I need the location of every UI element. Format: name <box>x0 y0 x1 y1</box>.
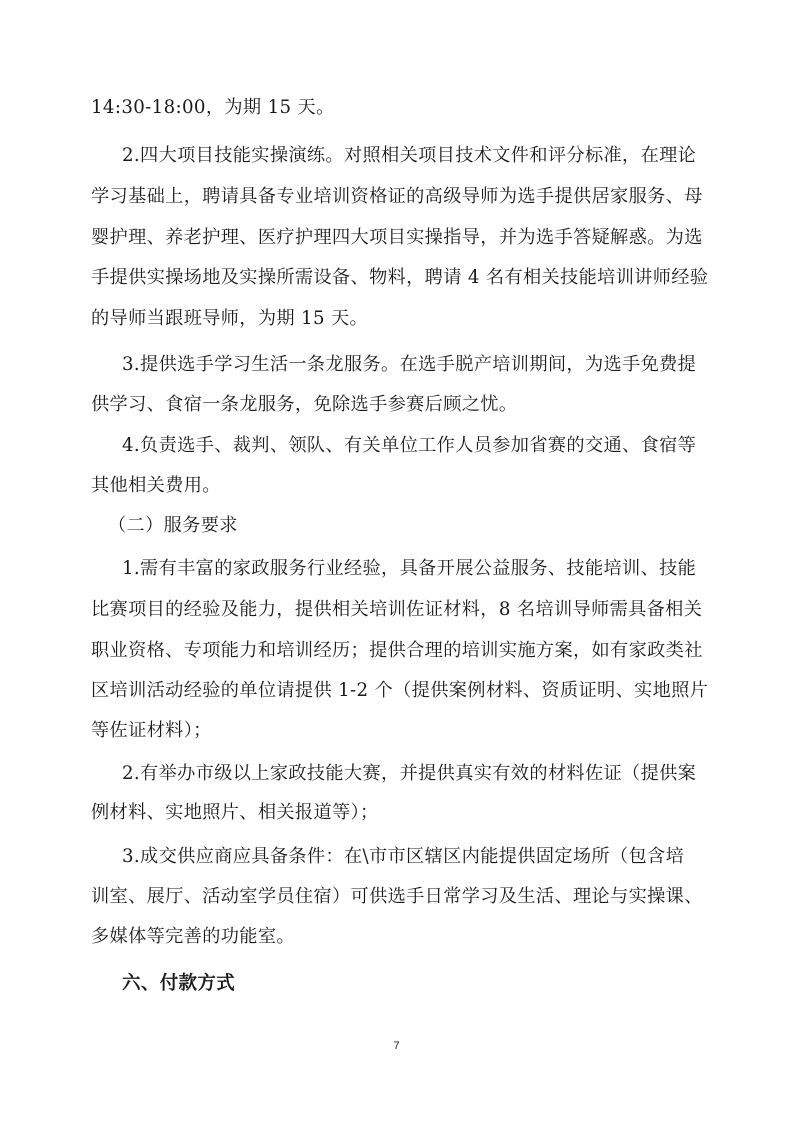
paragraph-line: 等佐证材料）； <box>91 719 212 743</box>
paragraph-line: 3.提供选手学习生活一条龙服务。在选手脱产培训期间，为选手免费提 <box>122 353 696 377</box>
paragraph-line: 3.成交供应商应具备条件：在\市市区辖区内能提供固定场所（包含培 <box>122 845 684 869</box>
paragraph-line: 的导师当跟班导师，为期 15 天。 <box>91 307 368 331</box>
paragraph-line: 职业资格、专项能力和培训经历；提供合理的培训实施方案，如有家政类社 <box>91 639 703 663</box>
paragraph-line: 婴护理、养老护理、医疗护理四大项目实操指导，并为选手答疑解惑。为选 <box>91 226 703 250</box>
paragraph-line: 其他相关费用。 <box>91 474 221 498</box>
paragraph-line: 1.需有丰富的家政服务行业经验，具备开展公益服务、技能培训、技能 <box>122 557 696 581</box>
paragraph-line: 学习基础上，聘请具备专业培训资格证的高级导师为选手提供居家服务、母 <box>91 185 703 209</box>
subsection-heading: （二）服务要求 <box>108 514 238 538</box>
paragraph-line: 供学习、食宿一条龙服务，免除选手参赛后顾之忧。 <box>91 393 517 417</box>
section-heading: 六、付款方式 <box>122 972 235 996</box>
paragraph-line: 4.负责选手、裁判、领队、有关单位工作人员参加省赛的交通、食宿等 <box>122 434 696 458</box>
paragraph-line: 多媒体等完善的功能室。 <box>91 925 295 949</box>
paragraph-line: 2.有举办市级以上家政技能大赛，并提供真实有效的材料佐证（提供案 <box>122 762 696 786</box>
paragraph-line: 14:30-18:00，为期 15 天。 <box>91 96 335 120</box>
page-number: 7 <box>0 1040 793 1052</box>
paragraph-line: 例材料、实地照片、相关报道等）； <box>91 801 379 825</box>
paragraph-line: 比赛项目的经验及能力，提供相关培训佐证材料，8 名培训导师需具备相关 <box>91 598 702 622</box>
paragraph-line: 训室、展厅、活动室学员住宿）可供选手日常学习及生活、理论与实操课、 <box>91 885 703 909</box>
paragraph-line: 手提供实操场地及实操所需设备、物料，聘请 4 名有相关技能培训讲师经验 <box>91 266 708 290</box>
paragraph-line: 2.四大项目技能实操演练。对照相关项目技术文件和评分标准，在理论 <box>122 144 696 168</box>
document-page: 14:30-18:00，为期 15 天。 2.四大项目技能实操演练。对照相关项目… <box>0 0 793 1122</box>
paragraph-line: 区培训活动经验的单位请提供 1-2 个（提供案例材料、资质证明、实地照片 <box>91 679 708 703</box>
